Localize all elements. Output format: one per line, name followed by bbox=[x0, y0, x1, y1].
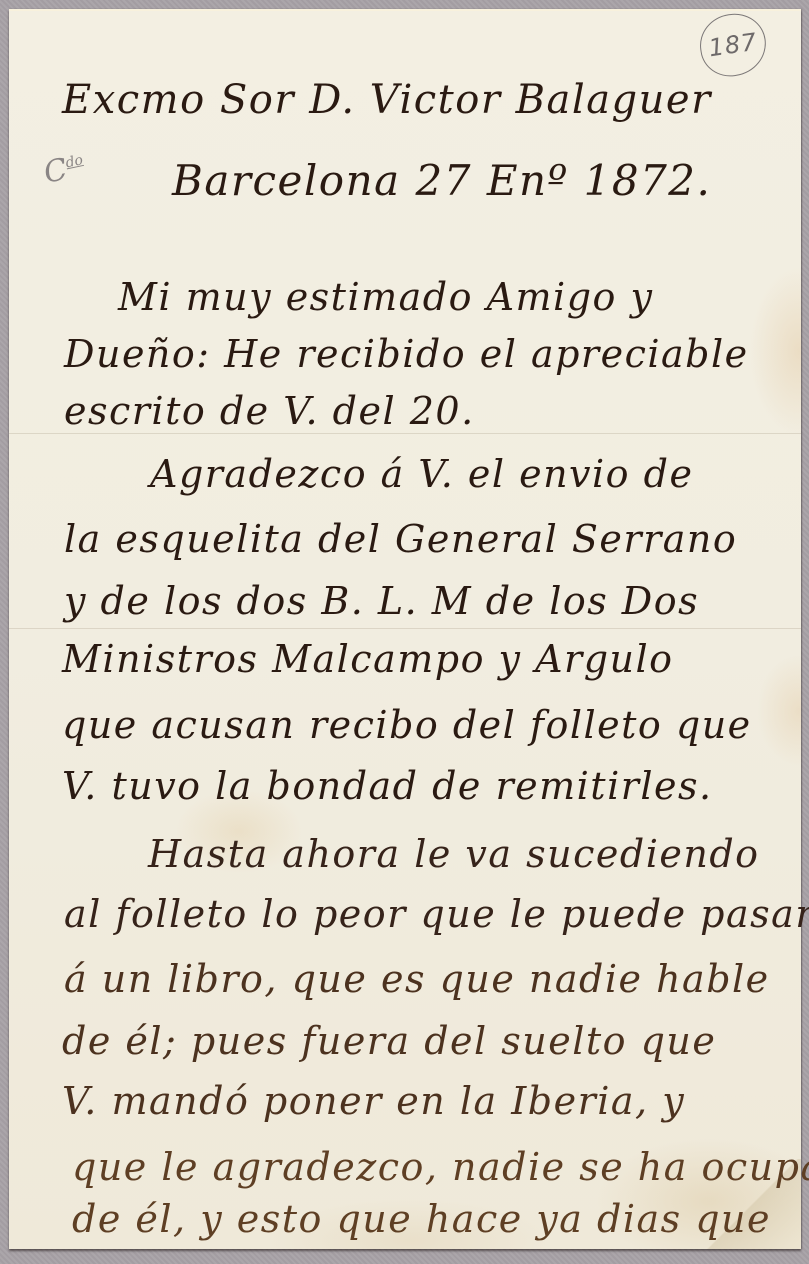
letter-line: Ministros Malcampo y Argulo bbox=[62, 640, 674, 678]
letter-line: escrito de V. del 20. bbox=[64, 392, 475, 430]
paper-fold-line bbox=[9, 433, 801, 434]
letter-line: y de los dos B. L. M de los Dos bbox=[64, 582, 699, 620]
letter-line: Mi muy estimado Amigo y bbox=[118, 278, 653, 316]
letter-line: Agradezco á V. el envio de bbox=[150, 455, 693, 493]
letter-line: á un libro, que es que nadie hable bbox=[64, 960, 770, 998]
paper-fold-line bbox=[9, 628, 801, 629]
letter-line: al folleto lo peor que le puede pasar bbox=[64, 895, 809, 933]
letter-line: de él; pues fuera del suelto que bbox=[62, 1022, 716, 1060]
addressee-line: Excmo Sor D. Victor Balaguer bbox=[62, 80, 712, 120]
letter-line: V. mandó poner en la Iberia, y bbox=[62, 1082, 685, 1120]
place-date-line: Barcelona 27 Enº 1872. bbox=[172, 160, 711, 202]
letter-line: V. tuvo la bondad de remitirles. bbox=[62, 767, 713, 805]
margin-note-superscript: do bbox=[64, 152, 84, 171]
letter-line: que le agradezco, nadie se ha ocupado bbox=[72, 1148, 809, 1186]
letter-line: Hasta ahora le va sucediendo bbox=[148, 835, 760, 873]
letter-line: la esquelita del General Serrano bbox=[64, 520, 737, 558]
letter-line: que acusan recibo del folleto que bbox=[62, 706, 752, 744]
letter-line: de él, y esto que hace ya dias que bbox=[72, 1200, 771, 1238]
letter-line: Dueño: He recibido el apreciable bbox=[64, 335, 749, 373]
